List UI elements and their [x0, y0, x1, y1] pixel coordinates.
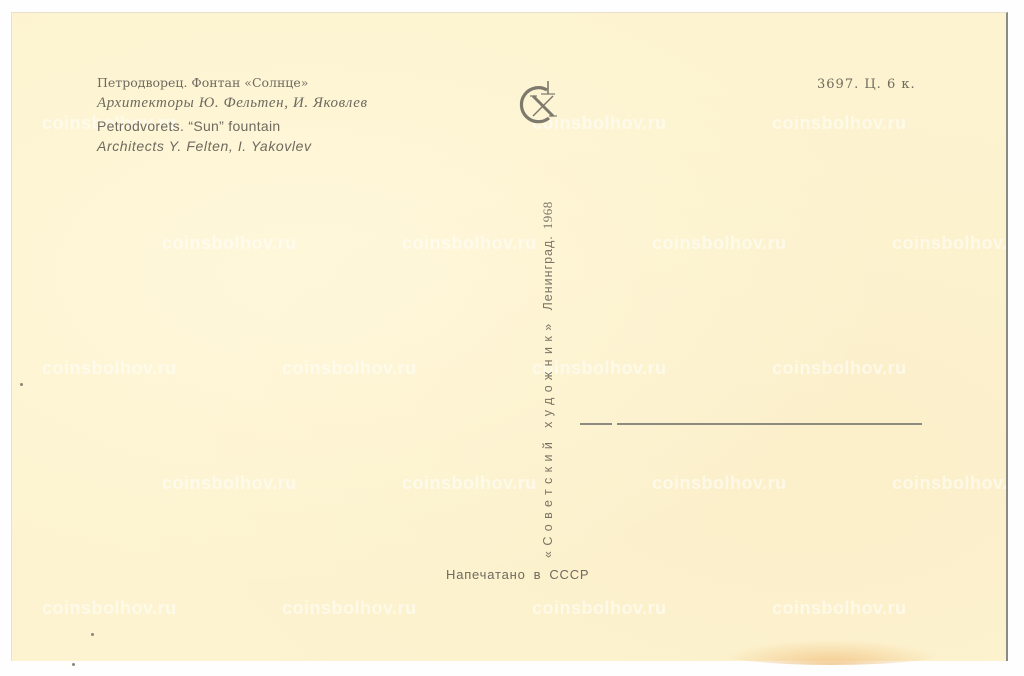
watermark: coinsbolhov.ru: [42, 358, 177, 379]
watermark: coinsbolhov.ru: [402, 473, 537, 494]
watermark: coinsbolhov.ru: [162, 233, 297, 254]
printed-country: СССР: [549, 567, 589, 582]
publisher-year: 1968: [540, 201, 555, 229]
publisher-city: Ленинград.: [541, 235, 555, 310]
watermark: coinsbolhov.ru: [402, 233, 537, 254]
watermark: coinsbolhov.ru: [652, 473, 787, 494]
watermark: coinsbolhov.ru: [772, 113, 907, 134]
watermark: coinsbolhov.ru: [652, 233, 787, 254]
address-line: [580, 423, 612, 425]
publisher-imprint: «Советский художник»Ленинград.1968: [540, 201, 556, 558]
watermark: coinsbolhov.ru: [162, 473, 297, 494]
architects-en: Architects Y. Felten, I. Yakovlev: [97, 136, 368, 156]
watermark: coinsbolhov.ru: [532, 598, 667, 619]
publisher-name: «Советский художник»: [541, 318, 555, 558]
price-code: 3697. Ц. 6 к.: [817, 77, 916, 92]
watermark: coinsbolhov.ru: [892, 473, 1024, 494]
watermark: coinsbolhov.ru: [772, 358, 907, 379]
printed-preposition: в: [534, 567, 542, 582]
watermark: coinsbolhov.ru: [772, 598, 907, 619]
speck: [72, 663, 75, 666]
age-stain: [716, 639, 946, 665]
watermark: coinsbolhov.ru: [42, 598, 177, 619]
sovetsky-khudozhnik-logo-icon: [517, 80, 561, 126]
printed-word: Напечатано: [446, 567, 526, 582]
speck: [20, 383, 23, 386]
watermark: coinsbolhov.ru: [282, 598, 417, 619]
address-line: [617, 423, 922, 425]
watermark: coinsbolhov.ru: [892, 233, 1024, 254]
printed-in-ussr: НапечатановСССР: [446, 567, 589, 582]
watermark: coinsbolhov.ru: [282, 358, 417, 379]
title-en: Petrodvorets. “Sun” fountain: [97, 116, 368, 136]
speck: [91, 633, 94, 636]
title-ru: Петродворец. Фонтан «Солнце»: [97, 73, 368, 93]
postcard-caption: Петродворец. Фонтан «Солнце» Архитекторы…: [97, 73, 368, 156]
architects-ru: Архитекторы Ю. Фельтен, И. Яковлев: [97, 93, 368, 113]
